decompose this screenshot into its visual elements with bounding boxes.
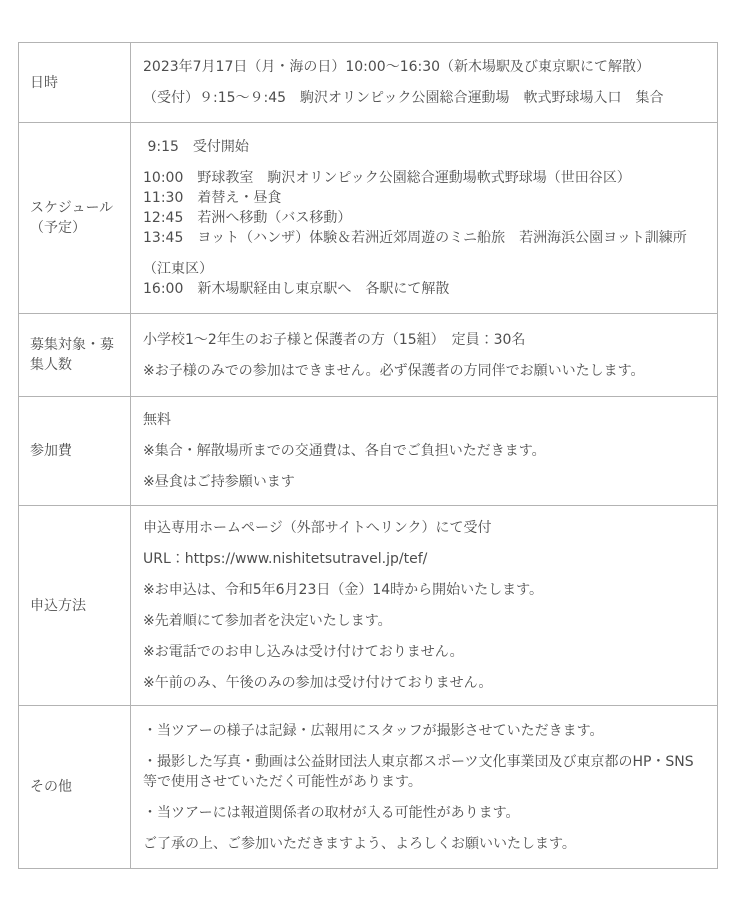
table-row: 申込方法 申込専用ホームページ（外部サイトへリンク）にて受付URL：https:… [19, 506, 718, 706]
row-label: 募集対象・募集人数 [19, 314, 131, 397]
row-paragraph: （江東区）16:00 新木場駅経由し東京駅へ 各駅にて解散 [143, 259, 705, 299]
row-paragraph: ※お申込は、令和5年6月23日（金）14時から開始いたします。 [143, 580, 705, 600]
table-row: 募集対象・募集人数 小学校1～2年生のお子様と保護者の方（15組） 定員：30名… [19, 314, 718, 397]
event-info-table: 日時 2023年7月17日（月・海の日）10:00～16:30（新木場駅及び東京… [18, 42, 718, 869]
row-paragraph: ご了承の上、ご参加いただきますよう、よろしくお願いいたします。 [143, 834, 705, 854]
table-row: その他 ・当ツアーの様子は記録・広報用にスタッフが撮影させていただきます。・撮影… [19, 706, 718, 869]
row-paragraph: ※お子様のみでの参加はできません。必ず保護者の方同伴でお願いいたします。 [143, 361, 705, 381]
table-row: スケジュール（予定） 9:15 受付開始10:00 野球教室 駒沢オリンピック公… [19, 123, 718, 314]
row-paragraph: URL：https://www.nishitetsutravel.jp/tef/ [143, 549, 705, 569]
table-row: 参加費 無料※集合・解散場所までの交通費は、各自でご負担いただきます。※昼食はご… [19, 397, 718, 506]
row-paragraph: ※先着順にて参加者を決定いたします。 [143, 611, 705, 631]
row-paragraph: ※集合・解散場所までの交通費は、各自でご負担いただきます。 [143, 441, 705, 461]
row-paragraph: 無料 [143, 410, 705, 430]
page: 日時 2023年7月17日（月・海の日）10:00～16:30（新木場駅及び東京… [0, 0, 740, 909]
info-table-body: 日時 2023年7月17日（月・海の日）10:00～16:30（新木場駅及び東京… [19, 43, 718, 869]
row-paragraph: 9:15 受付開始 [143, 137, 705, 157]
row-label: 日時 [19, 43, 131, 123]
row-paragraph: ※午前のみ、午後のみの参加は受け付けておりません。 [143, 673, 705, 693]
row-paragraph: ・撮影した写真・動画は公益財団法人東京都スポーツ文化事業団及び東京都のHP・SN… [143, 752, 705, 792]
row-content: 無料※集合・解散場所までの交通費は、各自でご負担いただきます。※昼食はご持参願い… [131, 397, 718, 506]
row-content: 2023年7月17日（月・海の日）10:00～16:30（新木場駅及び東京駅にて… [131, 43, 718, 123]
row-paragraph: 申込専用ホームページ（外部サイトへリンク）にて受付 [143, 518, 705, 538]
table-row: 日時 2023年7月17日（月・海の日）10:00～16:30（新木場駅及び東京… [19, 43, 718, 123]
row-paragraph: 2023年7月17日（月・海の日）10:00～16:30（新木場駅及び東京駅にて… [143, 57, 705, 77]
row-paragraph: ・当ツアーには報道関係者の取材が入る可能性があります。 [143, 803, 705, 823]
row-paragraph: ※お電話でのお申し込みは受け付けておりません。 [143, 642, 705, 662]
row-paragraph: ・当ツアーの様子は記録・広報用にスタッフが撮影させていただきます。 [143, 721, 705, 741]
row-paragraph: （受付）９:15～９:45 駒沢オリンピック公園総合運動場 軟式野球場入口 集合 [143, 88, 705, 108]
row-content: 申込専用ホームページ（外部サイトへリンク）にて受付URL：https://www… [131, 506, 718, 706]
row-label: スケジュール（予定） [19, 123, 131, 314]
row-paragraph: 10:00 野球教室 駒沢オリンピック公園総合運動場軟式野球場（世田谷区）11:… [143, 168, 705, 248]
row-content: 9:15 受付開始10:00 野球教室 駒沢オリンピック公園総合運動場軟式野球場… [131, 123, 718, 314]
row-content: 小学校1～2年生のお子様と保護者の方（15組） 定員：30名※お子様のみでの参加… [131, 314, 718, 397]
row-label: 参加費 [19, 397, 131, 506]
row-label: 申込方法 [19, 506, 131, 706]
row-paragraph: ※昼食はご持参願います [143, 472, 705, 492]
row-label: その他 [19, 706, 131, 869]
row-paragraph: 小学校1～2年生のお子様と保護者の方（15組） 定員：30名 [143, 330, 705, 350]
row-content: ・当ツアーの様子は記録・広報用にスタッフが撮影させていただきます。・撮影した写真… [131, 706, 718, 869]
